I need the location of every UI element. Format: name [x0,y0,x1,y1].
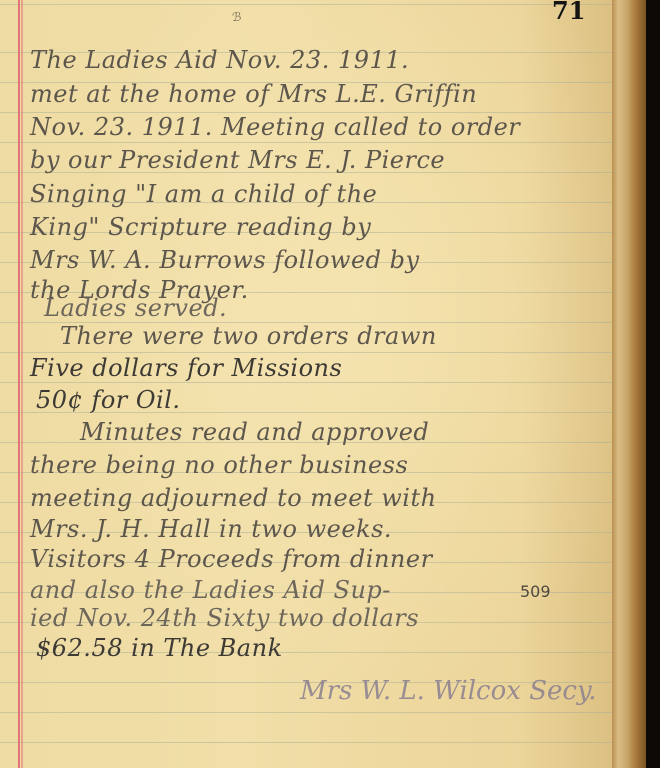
text-line-11: Five dollars for Missions [30,354,342,382]
text-line-7: Mrs W. A. Burrows followed by [30,246,420,274]
text-line-1: The Ladies Aid Nov. 23. 1911. [30,46,409,74]
secretary-signature: Mrs W. L. Wilcox Secy. [300,676,596,706]
text-line-9: Ladies served. [44,294,227,322]
text-line-4: by our President Mrs E. J. Pierce [30,146,445,174]
book-binding-edge [612,0,646,768]
text-line-14: there being no other business [30,451,408,479]
text-line-5: Singing "I am a child of the [30,180,377,208]
page-number: 71 [552,0,585,25]
text-line-6: King" Scripture reading by [30,213,371,241]
text-line-19: ied Nov. 24th Sixty two dollars [30,604,419,632]
text-line-2: met at the home of Mrs L.E. Griffin [30,80,477,108]
text-line-20: $62.58 in The Bank [36,634,283,662]
text-line-3: Nov. 23. 1911. Meeting called to order [30,113,520,141]
text-line-12: 50¢ for Oil. [36,386,181,414]
pencil-figure-note: 509 [520,582,551,601]
text-line-10: There were two orders drawn [60,322,437,350]
ledger-page: 71 ℬ The Ladies Aid Nov. 23. 1911. met a… [0,0,612,768]
text-line-15: meeting adjourned to meet with [30,484,437,512]
text-line-18: and also the Ladies Aid Sup- [30,576,391,604]
text-line-16: Mrs. J. H. Hall in two weeks. [30,515,392,543]
dark-background-edge [646,0,660,768]
text-line-17: Visitors 4 Proceeds from dinner [30,545,433,573]
top-pencil-mark: ℬ [232,10,241,24]
red-margin-rule [18,0,20,768]
text-line-13: Minutes read and approved [80,418,429,446]
